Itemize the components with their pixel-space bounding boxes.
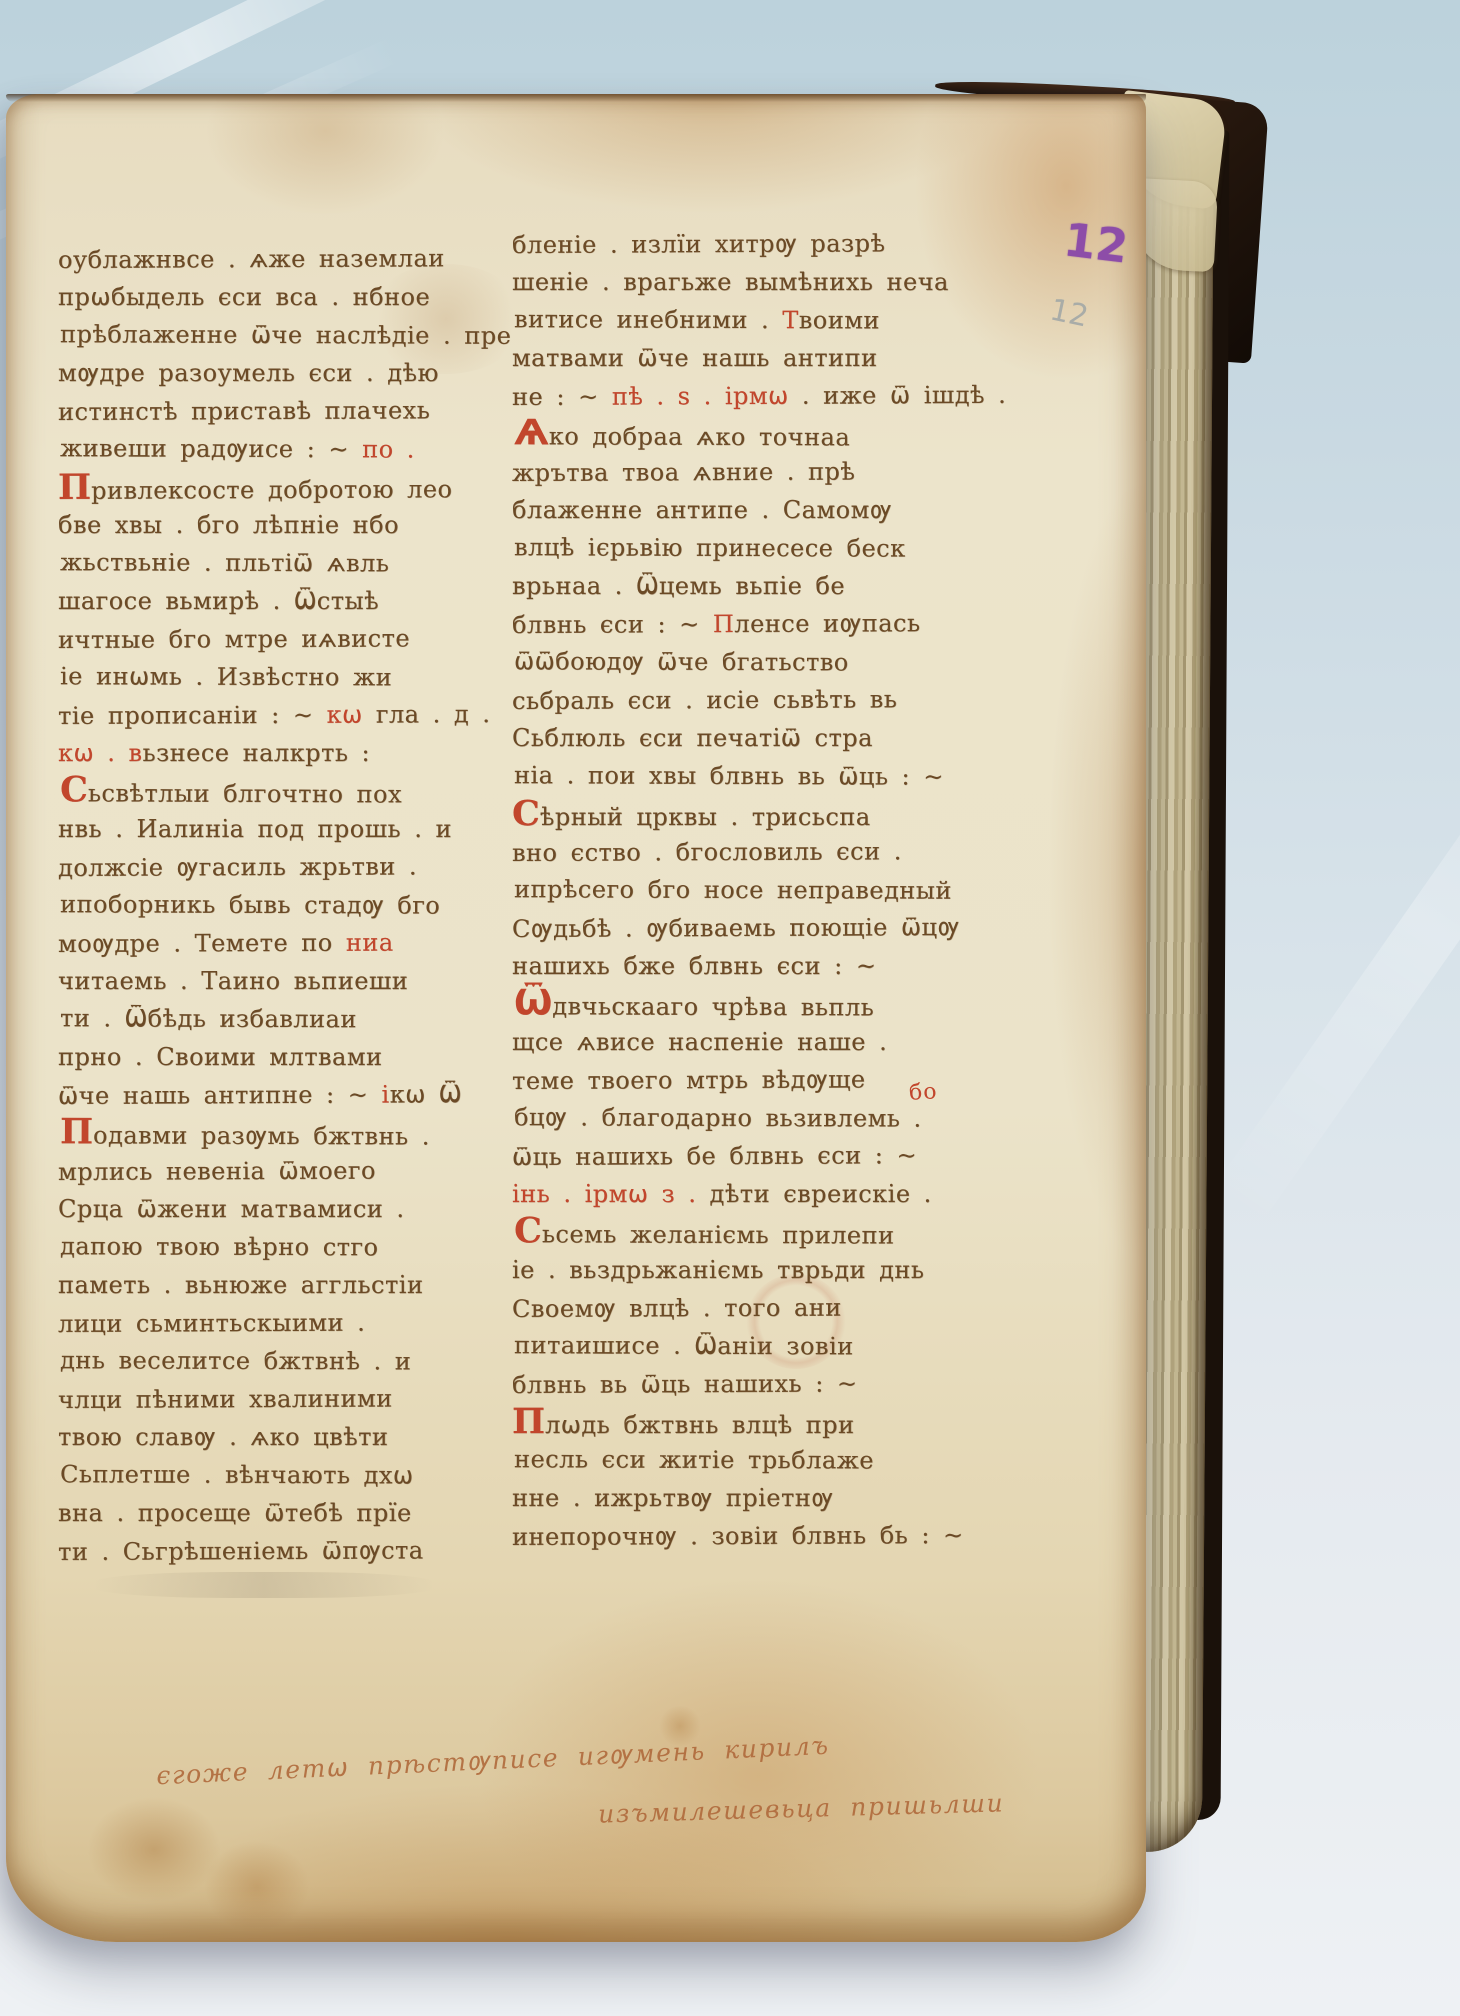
text-line: живеши радѹисе : ~ по .	[60, 429, 506, 469]
text-line: питаишисе . Ѿаніи зовіи	[514, 1326, 976, 1366]
ink-text: шеніе . врагьже вымѣнихь неча	[512, 268, 949, 296]
text-line: прѣблаженне ѿче наслѣдіе . пре	[60, 315, 506, 355]
ink-text: нвь . Иалиніа под прошь . и	[58, 815, 452, 843]
ink-text: истинстѣ приставѣ плачехь	[58, 396, 430, 426]
ink-text: жрътва твоа ѧвние . прѣ	[512, 458, 855, 487]
text-line: нашихь бже блвнь єси : ~	[512, 947, 974, 985]
ink-text: ичтные бго мтре иѧвисте	[58, 624, 410, 654]
manuscript-page: оублажнвсе . ѧже наземлаипрѡбыдель єси в…	[6, 94, 1146, 1942]
ink-text: Сьплетше . вѣнчають дхѡ	[60, 1460, 414, 1489]
text-line: влцѣ ієрьвію принесесе беск	[514, 528, 976, 568]
ink-text: твою славѹ . ѧко цвѣти	[58, 1423, 388, 1451]
ink-text: нне . ижрьтвѹ пріетнѹ	[512, 1484, 833, 1512]
ink-text: блвнь вь ѿць нашихь : ~	[512, 1370, 858, 1400]
ink-smudge	[94, 1572, 434, 1598]
ink-text: ѣрный црквы . трисьспа	[540, 803, 871, 831]
text-line: Сѣрный црквы . трисьспа	[512, 795, 974, 833]
ink-text: должсіе ѹгасиль жрьтви .	[58, 852, 417, 882]
ink-text: теме твоего мтрь вѣдѹще	[512, 1065, 866, 1095]
text-line: кѡ . вьзнесе налкрть :	[58, 734, 504, 772]
text-column-left: оублажнвсе . ѧже наземлаипрѡбыдель єси в…	[58, 240, 504, 1570]
ink-text: ипоборникь бывь стадѹ бго	[60, 890, 440, 919]
text-line: врьнаа . Ѿцемь вьпіе бе	[512, 567, 974, 605]
ink-text: ривлексосте добротою лео	[91, 475, 453, 505]
ink-text: . иже ѿ ішдѣ .	[789, 381, 1007, 410]
ink-text: Срца ѿжени матвамиси .	[58, 1195, 405, 1223]
ink-text: не : ~	[512, 383, 612, 411]
text-line: моѹдре . Темете по ниа	[58, 923, 504, 963]
text-line: Срца ѿжени матвамиси .	[58, 1190, 504, 1228]
text-line: ипрѣсего бго носе неправедный	[514, 870, 976, 910]
text-line: сьбраль єси . исіе сьвѣть вь	[512, 680, 974, 720]
rubric-text: по .	[362, 435, 415, 463]
text-line: инепорочнѹ . зовіи блвнь бь : ~	[512, 1516, 974, 1556]
ink-text: блвнь єси : ~	[512, 610, 713, 639]
ink-text: одавми разѹмь бжтвнь .	[93, 1121, 430, 1150]
ink-text: моѹдре . Темете по	[58, 929, 346, 958]
text-line: Сѹдьбѣ . ѹбиваемь поющіе ѿцѹ	[512, 908, 974, 948]
folio-number-pencil: 12	[1047, 292, 1092, 334]
rubric-text: С	[514, 1210, 542, 1251]
rubric-text: ниа	[346, 929, 394, 957]
text-line: вно єство . бгословиль єси .	[512, 832, 974, 872]
text-line: читаемь . Таино вьпиеши	[58, 962, 504, 1000]
text-line: шагосе вьмирѣ . Ѿстыѣ	[58, 582, 504, 620]
ink-text: живеши радѹисе : ~	[60, 434, 362, 463]
ink-text: инепорочнѹ . зовіи блвнь бь : ~	[512, 1521, 964, 1551]
ink-text: питаишисе . Ѿаніи зовіи	[514, 1331, 854, 1360]
text-line: Привлексосте добротою лео	[58, 467, 504, 507]
ink-text: двчьскааго чрѣва вьпль	[552, 992, 874, 1021]
marginal-note-line: изъмилешевьца пришьлши	[598, 1788, 1005, 1828]
ink-text: Своемѹ влцѣ . того ани	[512, 1294, 842, 1323]
ink-text: блаженне антипе . Самомѹ	[512, 496, 892, 524]
text-line: Сьсвѣтлыи блгочтно пох	[60, 771, 506, 811]
text-line: ѿѿбоюдѹ ѿче бгатьство	[514, 642, 976, 682]
rubric-text: кѡ . в	[58, 739, 143, 767]
ink-text: вно єство . бгословиль єси .	[512, 837, 902, 867]
ink-text: вна . просеще ѿтебѣ прїе	[58, 1499, 412, 1527]
text-line: бве хвы . бго лѣпніе нбо	[58, 506, 504, 544]
text-line: Сьплетше . вѣнчають дхѡ	[60, 1455, 506, 1495]
manuscript-photo: { "photo_meta": { "background_top": "#bc…	[0, 0, 1460, 2016]
text-line: блаженне антипе . Самомѹ	[512, 491, 974, 529]
ink-text: читаемь . Таино вьпиеши	[58, 967, 408, 995]
text-line: Сьсемь желаніємь прилепи	[514, 1212, 976, 1252]
ink-text: гла . д .	[363, 700, 491, 729]
ink-text: мрлись невеніа ѿмоего	[58, 1157, 376, 1186]
text-line: мѹдре разоумель єси . дѣю	[58, 354, 504, 392]
ink-text: тіе прописаніи : ~	[58, 701, 327, 730]
ink-text: матвами ѿче нашь антипи	[512, 344, 878, 372]
text-line: оублажнвсе . ѧже наземлаи	[58, 239, 504, 279]
ink-text: сьбраль єси . исіе сьвѣть вь	[512, 685, 897, 715]
rubric-text: П	[58, 467, 91, 508]
text-line: истинстѣ приставѣ плачехь	[58, 391, 504, 431]
text-line: Сьблюль єси печатіѿ стра	[512, 719, 974, 757]
text-line: бленіе . излїи хитрѹ разрѣ	[512, 224, 974, 264]
ink-text: прно . Своими млтвами	[58, 1043, 382, 1071]
ink-text: днь веселитсе бжтвнѣ . и	[60, 1346, 411, 1375]
ink-text: ьсвѣтлыи блгочтно пох	[88, 779, 402, 808]
text-line: блвнь єси : ~ Пленсе иѹпась	[512, 604, 974, 644]
text-line: блвнь вь ѿць нашихь : ~	[512, 1364, 974, 1404]
ink-text: мѹдре разоумель єси . дѣю	[58, 359, 439, 387]
text-line: ѿче нашь антипне : ~ ікѡ Ѿ	[58, 1075, 504, 1115]
text-line: жьствьніе . пльтіѿ ѧвль	[60, 543, 506, 583]
text-line: лици сьминтьскыими .	[58, 1303, 504, 1343]
ink-text: лици сьминтьскыими .	[58, 1309, 365, 1338]
rubric-text: П	[512, 1401, 545, 1442]
marginal-note-line: єгоже летѡ прѣстѹписе игѹмень кирилъ	[156, 1731, 830, 1791]
ink-text: прѣблаженне ѿче наслѣдіе . пре	[60, 320, 511, 350]
text-line: твою славѹ . ѧко цвѣти	[58, 1418, 504, 1456]
ink-text: врьнаа . Ѿцемь вьпіе бе	[512, 572, 845, 600]
ink-text: ленсе иѹпась	[734, 609, 920, 638]
ink-text: ьсемь желаніємь прилепи	[542, 1220, 895, 1249]
ink-text: шагосе вьмирѣ . Ѿстыѣ	[58, 587, 379, 615]
text-line: днь веселитсе бжтвнѣ . и	[60, 1341, 506, 1381]
text-line: бцѹ . благодарно вьзивлемь .	[514, 1098, 976, 1138]
ink-text: Сѹдьбѣ . ѹбиваемь поющіе ѿцѹ	[512, 913, 960, 943]
text-line: жрътва твоа ѧвние . прѣ	[512, 452, 974, 492]
text-line: іе инѡмь . Извѣстно жи	[60, 657, 506, 697]
text-line: Плѡдь бжтвнь влцѣ при	[512, 1403, 974, 1441]
ink-text: воими	[799, 306, 880, 334]
text-line: ичтные бго мтре иѧвисте	[58, 619, 504, 659]
ink-text: оублажнвсе . ѧже наземлаи	[58, 244, 445, 274]
ink-text: кѡ Ѿ	[390, 1080, 462, 1108]
ink-text: витисе инебними .	[514, 305, 782, 334]
ink-text: Сьблюль єси печатіѿ стра	[512, 724, 873, 752]
text-line: Ѿдвчьскааго чрѣва вьпль	[514, 984, 976, 1024]
ink-text: іе . вьздрьжаніємь тврьди днь	[512, 1256, 924, 1284]
text-line: інь . ірмѡ з . дѣти євреискіе .	[512, 1175, 974, 1213]
text-line: Своемѹ влцѣ . того ани	[512, 1288, 974, 1328]
ink-text: ѿць нашихь бе блвнь єси : ~	[512, 1141, 917, 1171]
rubric-text: кѡ	[327, 701, 363, 729]
text-line: Ѧко добраа ѧко точнаа	[514, 414, 976, 454]
ink-text: бве хвы . бго лѣпніе нбо	[58, 511, 399, 539]
ink-text: ѿче нашь антипне : ~	[58, 1081, 382, 1110]
ink-text: члци пѣними хвалиними	[58, 1385, 393, 1414]
rubric-text: П	[60, 1111, 93, 1152]
ink-text: влцѣ ієрьвію принесесе беск	[514, 533, 906, 562]
rubric-text: і	[381, 1081, 389, 1109]
text-line: члци пѣними хвалиними	[58, 1379, 504, 1419]
text-line: витисе инебними . Твоими	[514, 300, 976, 340]
text-line: несль єси житіе трьблаже	[514, 1440, 976, 1480]
rubric-text: П	[713, 610, 735, 638]
ink-text: ѿѿбоюдѹ ѿче бгатьство	[514, 647, 849, 676]
ink-text: дѣти євреискіе .	[696, 1180, 931, 1208]
ink-text: ти . Сьгрѣшеніемь ѿпѹста	[58, 1536, 424, 1566]
ink-text: ипрѣсего бго носе неправедный	[514, 875, 952, 905]
text-line: шеніе . врагьже вымѣнихь неча	[512, 263, 974, 301]
text-line: теме твоего мтрь вѣдѹще	[512, 1060, 974, 1100]
text-line: ти . Сьгрѣшеніемь ѿпѹста	[58, 1531, 504, 1571]
ink-text: жьствьніе . пльтіѿ ѧвль	[60, 548, 389, 577]
margin-gloss: бо	[908, 1079, 938, 1105]
ink-text: паметь . вьнюже аггльстіи	[58, 1271, 423, 1299]
ink-text: лѡдь бжтвнь влцѣ при	[545, 1411, 854, 1439]
text-line: прно . Своими млтвами	[58, 1038, 504, 1076]
ink-text: ти . Ѿбѣдь избавлиаи	[60, 1004, 357, 1033]
text-line: тіе прописаніи : ~ кѡ гла . д .	[58, 695, 504, 735]
text-line: ніа . пои хвы блвнь вь ѿць : ~	[514, 756, 976, 796]
text-line: нне . ижрьтвѹ пріетнѹ	[512, 1479, 974, 1517]
text-line: нвь . Иалиніа под прошь . и	[58, 810, 504, 848]
ink-text: несль єси житіе трьблаже	[514, 1445, 874, 1474]
text-line: паметь . вьнюже аггльстіи	[58, 1266, 504, 1304]
ink-text: ко добраа ѧко точнаа	[549, 422, 851, 451]
ink-text: бленіе . излїи хитрѹ разрѣ	[512, 229, 886, 259]
text-line: ти . Ѿбѣдь избавлиаи	[60, 999, 506, 1039]
ink-text: ніа . пои хвы блвнь вь ѿць : ~	[514, 761, 944, 791]
text-line: не : ~ пѣ . ѕ . ірмѡ . иже ѿ ішдѣ .	[512, 376, 974, 416]
ink-text: дапою твою вѣрно стго	[60, 1232, 379, 1261]
background-light-streak	[1205, 626, 1460, 1234]
text-line: щсе ѧвисе наспеніе наше .	[512, 1023, 974, 1061]
rubric-text: інь . ірмѡ з .	[512, 1180, 696, 1208]
text-column-right: бленіе . излїи хитрѹ разрѣшеніе . врагьж…	[512, 225, 974, 1555]
rubric-text: Ѿ	[514, 982, 552, 1023]
text-line: дапою твою вѣрно стго	[60, 1227, 506, 1267]
text-line: ѿць нашихь бе блвнь єси : ~	[512, 1136, 974, 1176]
rubric-text: С	[60, 769, 88, 810]
text-line: іе . вьздрьжаніємь тврьди днь	[512, 1251, 974, 1289]
ink-text: нашихь бже блвнь єси : ~	[512, 952, 876, 980]
rubric-text: Ѧ	[514, 412, 549, 453]
ink-text: ьзнесе налкрть :	[143, 739, 371, 767]
ink-text: іе инѡмь . Извѣстно жи	[60, 662, 392, 691]
text-line: должсіе ѹгасиль жрьтви .	[58, 847, 504, 887]
folio-number-ink: 12	[1061, 212, 1131, 273]
text-line: мрлись невеніа ѿмоего	[58, 1151, 504, 1191]
rubric-text: пѣ . ѕ . ірмѡ	[612, 382, 789, 411]
text-line: прѡбыдель єси вса . нбное	[58, 278, 504, 316]
ink-text: бцѹ . благодарно вьзивлемь .	[514, 1103, 922, 1132]
text-line: ипоборникь бывь стадѹ бго	[60, 885, 506, 925]
rubric-text: Т	[782, 306, 799, 334]
rubric-text: С	[512, 793, 540, 834]
ink-text: щсе ѧвисе наспеніе наше .	[512, 1028, 887, 1056]
ink-text: прѡбыдель єси вса . нбное	[58, 283, 430, 311]
text-line: Подавми разѹмь бжтвнь .	[60, 1113, 506, 1153]
text-line: вна . просеще ѿтебѣ прїе	[58, 1494, 504, 1532]
text-line: матвами ѿче нашь антипи	[512, 339, 974, 377]
